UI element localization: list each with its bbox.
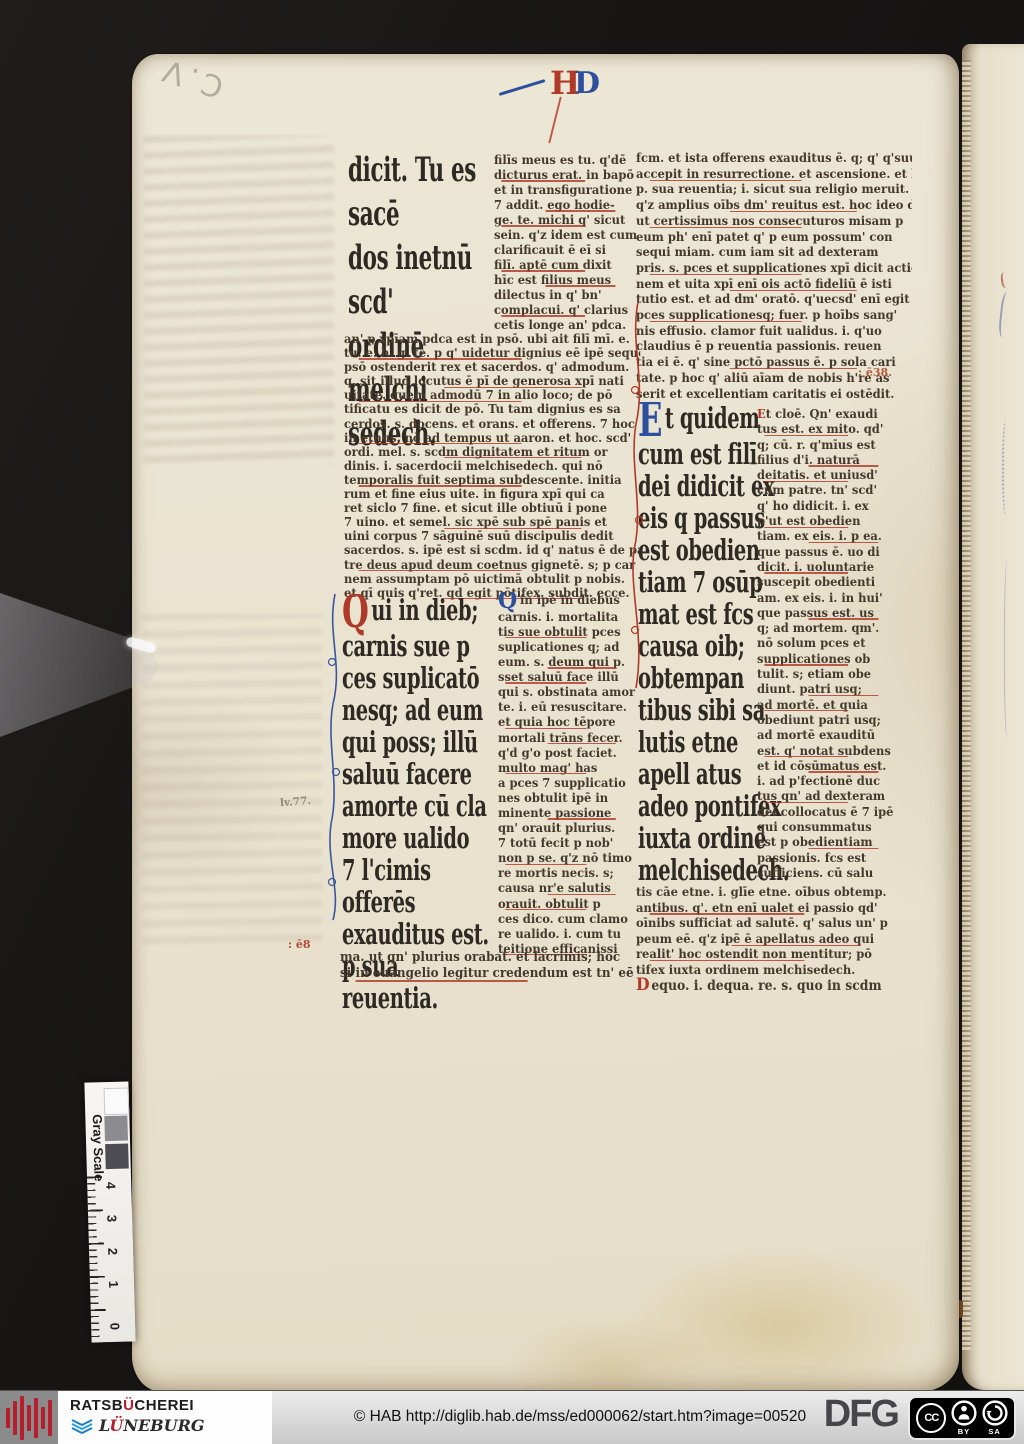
text-line: nem et uita xpī enī ois actō fideliū ē i… (636, 276, 912, 292)
running-header: H D (528, 62, 618, 122)
gloss-lines: carnis. i. mortalitatis sue obtulit pces… (498, 609, 645, 956)
text-line: qui s. obstinata amor (498, 684, 645, 699)
open-book-icon (70, 1417, 94, 1435)
cc-sa-label: SA (988, 1427, 1000, 1436)
text-line: filius d'i. naturā (757, 452, 909, 467)
text-line: tiam. ex eis. i. p ea. (757, 528, 909, 543)
gray-patch-mid (104, 1115, 128, 1141)
text-line: dei collocatus ē 7 ipē (757, 804, 909, 819)
text-line: uitate. quem admodū 7 in alio loco; de p… (344, 388, 640, 402)
text-line: tulit. s; etiam obe (757, 666, 909, 681)
text-line: claudius ē p reuentia passionis. reuen (636, 338, 912, 354)
text-line: ret siclo 7 fine. et sicut ille obtiuū i… (344, 501, 640, 515)
pencil-foliation-mark: C.V (154, 51, 228, 105)
text-line: rum et fine eius uite. in figura xpī qui… (344, 487, 640, 501)
text-line: amorte cū cla (342, 790, 497, 822)
text-line: dilectus in q' bn' (494, 287, 646, 302)
library-city-part: NEBURG (123, 1416, 204, 1435)
text-line: qui poss; illū (342, 726, 497, 758)
text-line: et in transfiguratione (494, 182, 646, 197)
text-line: sein. q'z idem est cum (494, 227, 646, 242)
text-line: ad mortē exauditū (757, 727, 909, 742)
gloss-first-line: in ipē in diebus (520, 592, 620, 607)
logo-bar (34, 1398, 38, 1438)
text-line: fcm. et ista offerens exauditus ē. q; q'… (636, 150, 912, 166)
text-line: cum patre. tn' scd' (757, 482, 909, 497)
text-line: 7 l'cimis offerēs (342, 854, 497, 918)
grayscale-calibration-ruler: Gray Scale 43210 (84, 1081, 135, 1342)
library-city-part: L (99, 1416, 109, 1435)
red-initial-d: D (636, 978, 650, 993)
gloss-column-b-top: fcm. et ista offerens exauditus ē. q; q'… (636, 150, 912, 401)
text-line: nes obtulit ipē in (498, 790, 645, 805)
text-line: que passus est. us (757, 605, 909, 620)
text-line: nis effusio. clamor fuit ualidus. i. q'u… (636, 323, 912, 339)
text-line: oīnibs sufficiat ad salutē. q' salus un'… (636, 915, 917, 931)
red-pen-flourish (626, 300, 650, 690)
text-line: supplicationes ob (757, 651, 909, 666)
text-line: sset saluū face illū (498, 669, 645, 684)
library-city: LÜNEBURG (99, 1416, 205, 1435)
text-line: more ualido (342, 822, 497, 854)
text-line: antibus. q'. etn enī ualet ei passio qd' (636, 900, 917, 916)
text-line: diunt. patri usq; (757, 681, 909, 696)
text-line: ut certissimus nos consecuturos misam p (636, 213, 912, 229)
footer-credit-bar: RATSBÜCHEREI LÜNEBURG © HAB http://digli… (0, 1390, 1024, 1444)
text-line: i. ad p'fectionē duc (757, 773, 909, 788)
text-line: ma. ut qn' plurius orabat. et lacrimis; … (340, 950, 653, 966)
text-line: p. sua reuentia; i. sicut sua religio me… (636, 181, 912, 197)
text-line: complacui. q' clarius (494, 302, 646, 317)
text-line: eum ph' enī patet q' p eum possum' con (636, 229, 912, 245)
text-line: q'd g'o post faciet. (498, 745, 645, 760)
logo-bar (13, 1401, 17, 1435)
text-line: 3 (104, 1215, 119, 1223)
text-line: pris. s. pces et supplicationes xpī dici… (636, 260, 912, 276)
text-line: q; cū. r. q'mīus est (757, 437, 909, 452)
blue-initial-q: Q (498, 592, 517, 609)
marginal-mark-red-right: : ē38. (858, 366, 892, 379)
text-line: hīc est filius meus (494, 272, 646, 287)
text-line: dinis. i. sacerdocii melchisedech. qui n… (344, 459, 640, 473)
text-line: q. sit illud locutus ē pī de generosa xp… (344, 374, 640, 388)
text-line: realit' hoc ostendit non mentitur; pō (636, 946, 917, 962)
text-line: tificatu es dicit de pō. Tu tam dignius … (344, 402, 640, 416)
text-line: sufficiens. cū salu (757, 865, 909, 880)
digitized-manuscript-photo: C.V H D dicit. Tu es sacēdos inetnū scd'… (0, 0, 1024, 1444)
blue-pen-stroke (499, 79, 546, 95)
text-line: re mortis necis. s; (498, 865, 645, 880)
cc-by-person-icon (951, 1400, 977, 1426)
gloss-column-a-bottom: ma. ut qn' plurius orabat. et lacrimis; … (340, 950, 653, 982)
text-line: dicit. Tu es sacē (348, 148, 502, 236)
text-line: q' ho didicit. i. ex (757, 498, 909, 513)
text-line: ordi. mel. s. scdm dignitatem et ritum o… (344, 445, 640, 459)
text-line: tus est. ex mito. qd' (757, 421, 909, 436)
text-line: nō solum pces et (757, 635, 909, 650)
text-line: temporalis fuit septima subdescente. ini… (344, 473, 640, 487)
text-line: eum. s. deum qui p. (498, 654, 645, 669)
text-line: clarificauit ē eī si (494, 242, 646, 257)
text-line: exauditus est. (342, 918, 497, 950)
text-line: si in euangelio legitur credendum est tn… (340, 966, 653, 982)
gloss-column-b-bottom: tis cāe etne. i. glīe etne. oībus obtemp… (636, 884, 917, 994)
text-line: ge. te. michi q' sicut (494, 212, 646, 227)
text-line: a pces 7 supplicatio (498, 775, 645, 790)
text-line: mortali trāns fecer. (498, 730, 645, 745)
text-line: q'z amplius oībs dm' reuitus est. hoc id… (636, 197, 912, 213)
gray-patch-white (104, 1087, 130, 1115)
ink-showthrough (142, 614, 322, 944)
gloss-last-line: equo. i. dequa. re. s. quo in scdm (651, 979, 881, 995)
text-line: et id cōsūmatus est. (757, 758, 909, 773)
text-line: qn' orauit plurius. (498, 820, 645, 835)
text-line: p'ut est obedien (757, 513, 909, 528)
gloss-column-a2: Q in ipē in diebus carnis. i. mortalitat… (498, 592, 645, 956)
facing-page-blue-flourish (1002, 420, 1012, 516)
cc-by-label: BY (958, 1427, 970, 1436)
cc-icon: CC (916, 1403, 946, 1433)
library-name-part: RATSB (70, 1397, 123, 1414)
text-line: obediunt patri usq; (757, 712, 909, 727)
text-line: causa nr'e salutis (498, 880, 645, 895)
text-line: dos inetnū scd' (348, 236, 502, 324)
text-line: cetis longe an' pdca. (494, 317, 646, 332)
text-line: qui consummatus (757, 819, 909, 834)
text-line: carnis. i. mortalita (498, 609, 645, 624)
text-line: 4 (103, 1182, 118, 1190)
text-line: filī. aptē cum dixit (494, 257, 646, 272)
text-line: uini corpus 7 sāguinē suū discipulis ded… (344, 529, 640, 543)
text-line: deitatis. et uniusd' (757, 467, 909, 482)
marginal-mark-red-left: : ē8 (288, 938, 311, 951)
facing-page-edge (962, 44, 1024, 1390)
gray-patch-dark (105, 1143, 129, 1169)
text-line: in etnus. nō ad tempus ut aaron. et hoc.… (344, 431, 640, 445)
text-line: tus qn' ad dexteram (757, 788, 909, 803)
red-pen-flourish (548, 96, 562, 143)
text-line: re ualido. i. cum tu (498, 926, 645, 941)
text-line: tis sue obtulit pces (498, 624, 645, 639)
text-line: nem assumptam pō uictimā obtulit p nobis… (344, 572, 640, 586)
text-line: filīs meus es tu. q'dē (494, 152, 646, 167)
text-line: te. i. eū resuscitare. (498, 699, 645, 714)
gloss-block-wide: an' p xpīam pdca est in psō. ubi ait fil… (344, 332, 640, 600)
text-line: 1 (106, 1281, 121, 1289)
ruler-numbers: 43210 (105, 1176, 132, 1343)
text-line: am. ex eis. i. in hui' (757, 590, 909, 605)
library-name: RATSBÜCHEREI (70, 1397, 272, 1414)
logo-bar (6, 1408, 10, 1428)
text-line: et quia hoc tēpore (498, 714, 645, 729)
text-line: dicit. i. uoluntarie (757, 559, 909, 574)
library-name-umlaut: Ü (123, 1397, 134, 1414)
gloss-column-b-right: Et cloē. Qn' exauditus est. ex mito. qd'… (757, 406, 909, 880)
text-line: 7 uino. et semel. sic xpē sub spē panis … (344, 515, 640, 529)
ruler-ticks (87, 1176, 108, 1342)
library-bars-logo (0, 1391, 58, 1444)
cc-license-badge: CC BY SA (908, 1396, 1016, 1440)
text-line: tifex iuxta ordinem melchisedech. (636, 962, 917, 978)
text-line: est. q' notat subdens (757, 743, 909, 758)
library-logo: RATSBÜCHEREI LÜNEBURG (58, 1391, 272, 1444)
text-line: est p obedientiam (757, 834, 909, 849)
text-line: tutio est. et ad dm' oratō. q'uecsd' enī… (636, 291, 912, 307)
text-line: non p se. q'z nō timo (498, 850, 645, 865)
running-header-blue-letter: D (574, 66, 600, 101)
text-line: accepit in resurrectione. et ascensione.… (636, 166, 912, 182)
text-line: peum eē. q'z ipē ē apellatus adeo qui (636, 931, 917, 947)
text-line: minente passione (498, 805, 645, 820)
logo-bar (48, 1400, 52, 1436)
text-line: sequi miam. cum iam sit ad dexteram (636, 244, 912, 260)
text-line: saluū facere (342, 758, 497, 790)
text-line: 2 (105, 1248, 120, 1256)
text-line: nesq; ad eum (342, 694, 497, 726)
text-line: 7 totū fecit p nob' (498, 835, 645, 850)
text-line: ad mortē. et quia (757, 697, 909, 712)
manuscript-page: C.V H D dicit. Tu es sacēdos inetnū scd'… (132, 54, 959, 1392)
text-line: que passus ē. uo di (757, 544, 909, 559)
gloss-lines: tis cāe etne. i. glīe etne. oībus obtemp… (636, 884, 917, 978)
text-line: sacerdos. s. ipē est si scdm. id q' natu… (344, 543, 640, 557)
text-line: tre deus apud deum coetnus gignetē. s; p… (344, 558, 640, 572)
text-line: an' p xpīam pdca est in psō. ubi ait fil… (344, 332, 640, 346)
text-line: multo mag' has (498, 760, 645, 775)
text-line: ces suplicatō (342, 662, 497, 694)
text-line: tis cāe etne. i. glīe etne. oībus obtemp… (636, 884, 917, 900)
ruler-label: Gray Scale (90, 1110, 107, 1186)
logo-bar (41, 1407, 45, 1429)
lemma-first-line: ui in dieb; (371, 594, 478, 626)
dfg-logo: DFG (824, 1393, 898, 1436)
logo-bar (27, 1405, 31, 1431)
ink-showthrough (144, 136, 334, 466)
text-line: serit et excellentiam caritatis ei ostēd… (636, 386, 912, 402)
text-line: dicturus erat. in bapō (494, 167, 646, 182)
text-line: psō ostenderit rex et sacerdos. q' admod… (344, 360, 640, 374)
text-line: q; ad mortem. qm'. (757, 620, 909, 635)
text-line: pces supplicationesq; fuer. p hoībs sang… (636, 307, 912, 323)
text-line: cerdos. s. docens. et orans. et offerens… (344, 417, 640, 431)
text-line: tu. e. h. g. te. p q' uidetur dignius eē… (344, 346, 640, 360)
text-line: 0 (107, 1323, 122, 1331)
text-line: suplicationes q; ad (498, 639, 645, 654)
library-name-part: CHEREI (134, 1397, 194, 1414)
cc-sa-arrow-icon (982, 1400, 1008, 1426)
logo-bar (20, 1396, 24, 1440)
copyright-url-text: © HAB http://diglib.hab.de/mss/ed000062/… (300, 1408, 860, 1426)
text-line: Et cloē. Qn' exaudi (757, 406, 909, 421)
gloss-column-a: filīs meus es tu. q'dēdicturus erat. in … (494, 152, 646, 332)
text-line: passionis. fcs est (757, 850, 909, 865)
text-line: ces dico. cum clamo (498, 911, 645, 926)
text-line: orauit. obtulit p (498, 896, 645, 911)
marginal-note-left: lv.77. (280, 795, 312, 809)
facing-page-text-trace (1004, 560, 1012, 740)
text-line: carnis sue p (342, 630, 497, 662)
text-line: 7 addit. ego hodie- (494, 197, 646, 212)
blue-pen-flourish (324, 592, 346, 922)
text-line: suscepit obedienti (757, 574, 909, 589)
lemma-first-line: t quidem (665, 402, 760, 434)
library-city-umlaut: Ü (109, 1416, 123, 1435)
